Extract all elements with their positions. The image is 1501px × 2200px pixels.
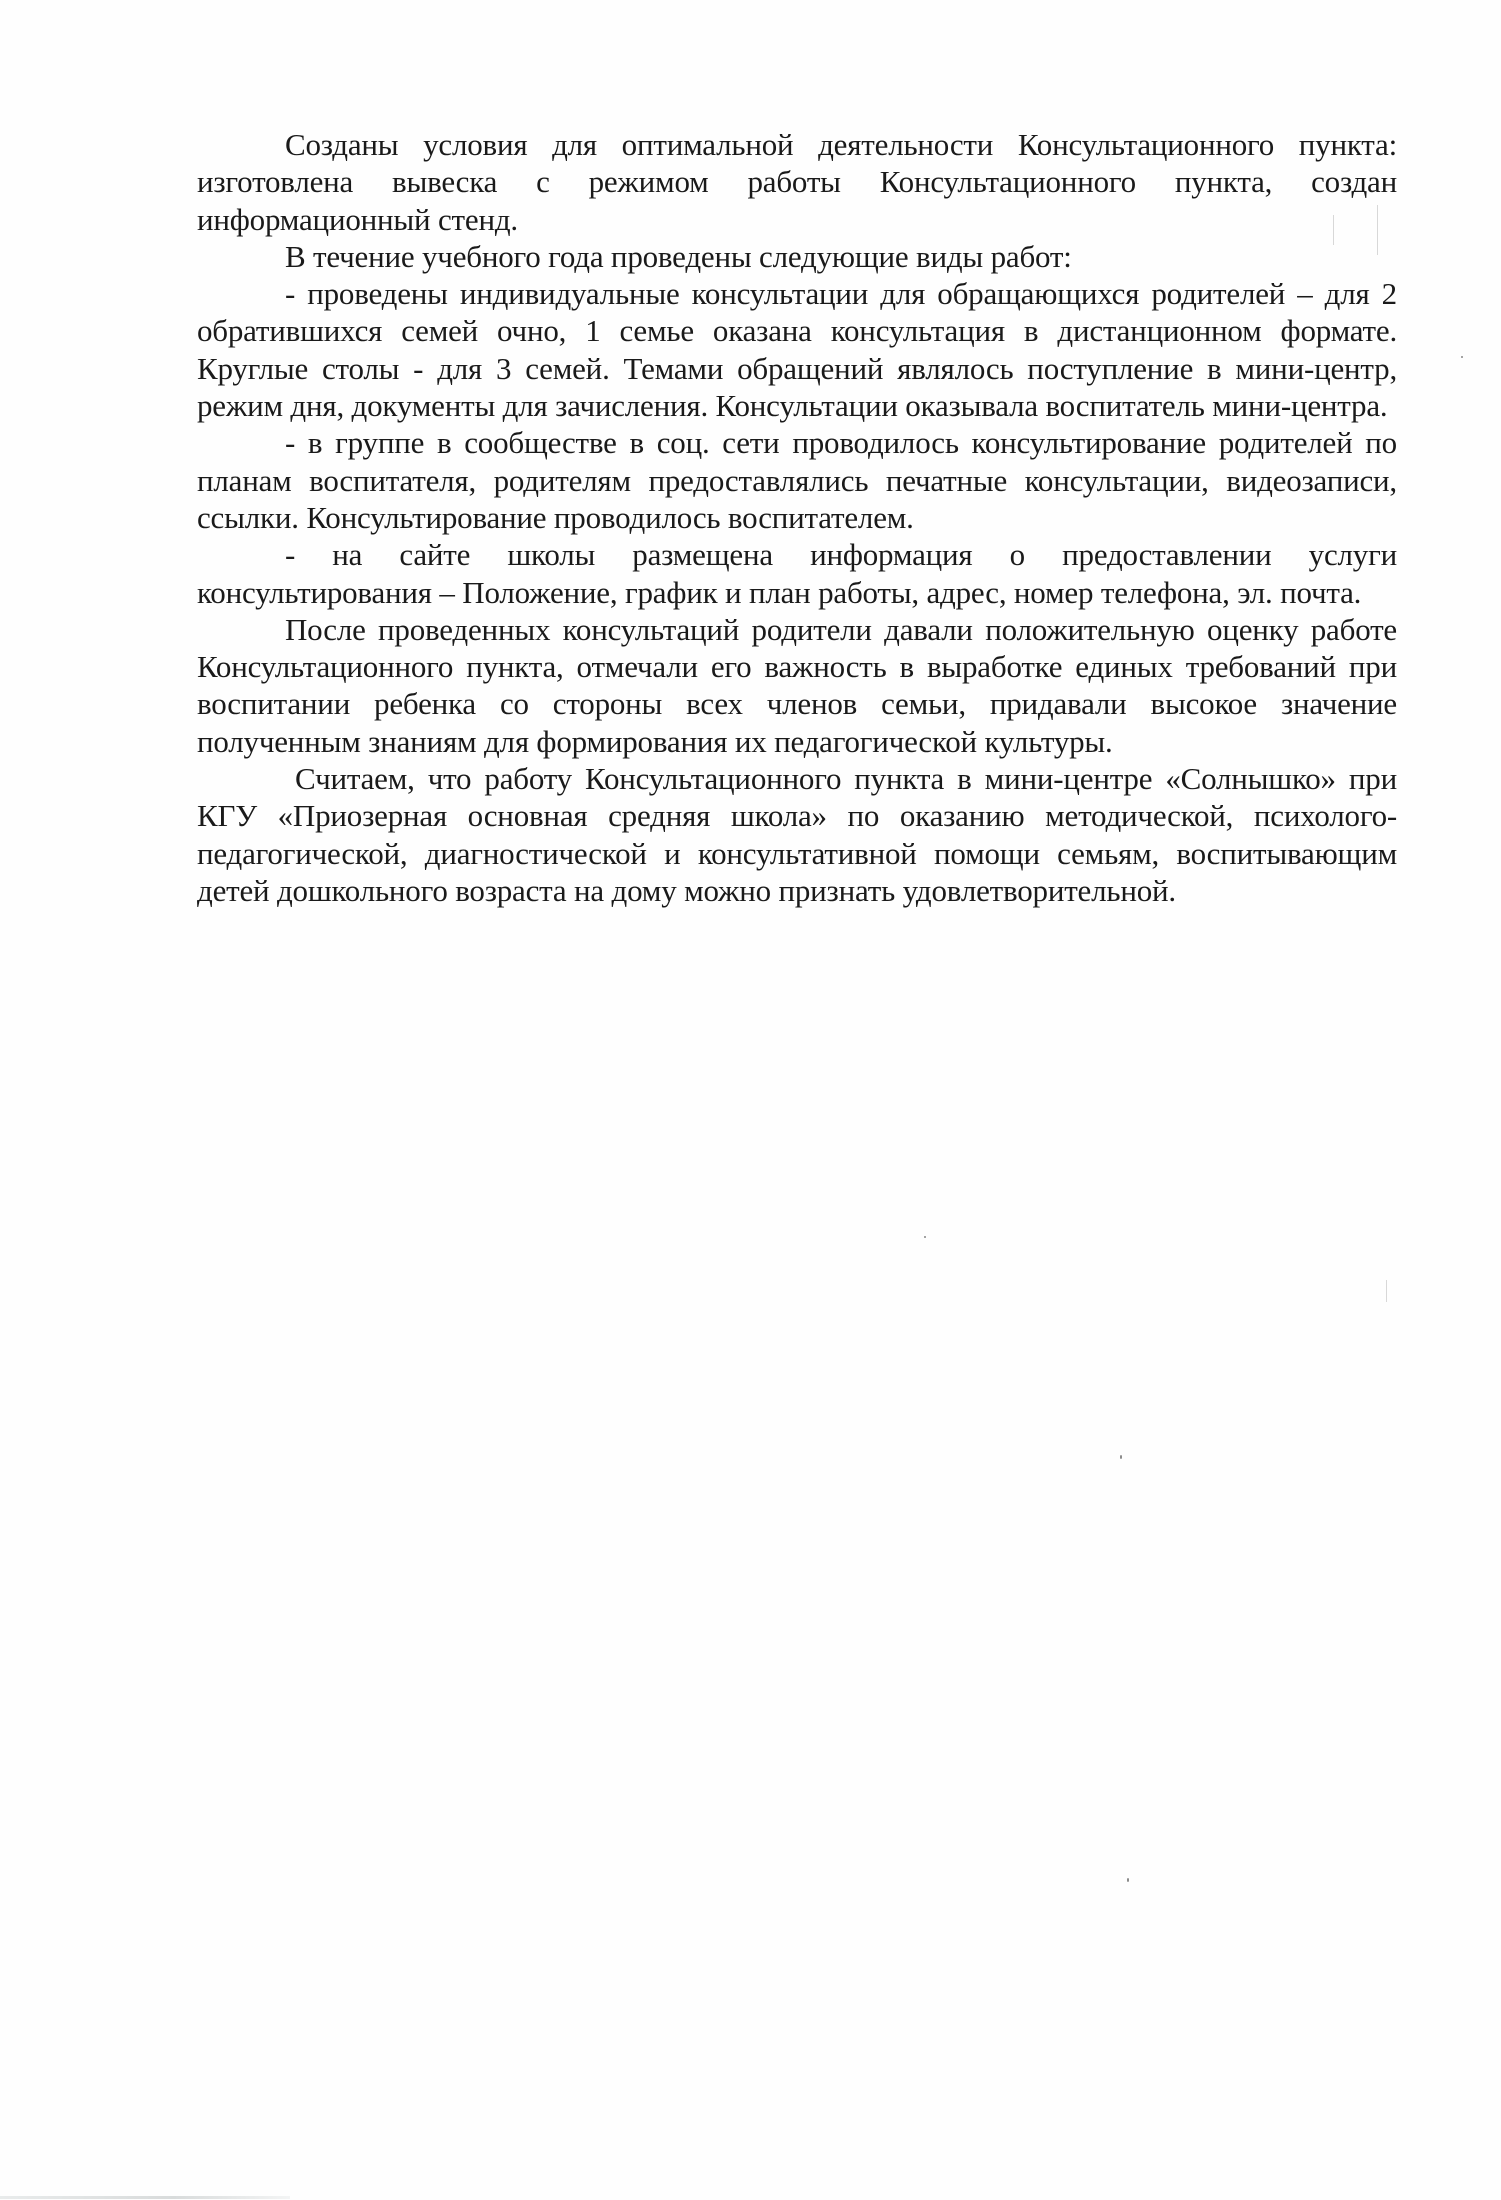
scan-artifact-line: [1386, 1280, 1387, 1302]
paragraph-conclusion: Считаем, что работу Консультационного пу…: [197, 760, 1397, 909]
paragraph-parents-feedback: После проведенных консультаций родители …: [197, 611, 1397, 760]
scan-artifact-line: [1377, 205, 1378, 255]
scan-artifact-bottom-edge: [0, 2196, 290, 2199]
paragraph-conditions: Созданы условия для оптимальной деятельн…: [197, 126, 1397, 238]
paragraph-individual-consultations: - проведены индивидуальные консультации …: [197, 275, 1397, 424]
paragraph-social-network-consultations: - в группе в сообществе в соц. сети пров…: [197, 424, 1397, 536]
scan-artifact-line: [1333, 215, 1334, 245]
scan-artifact-dot: [1120, 1455, 1122, 1459]
document-body: Созданы условия для оптимальной деятельн…: [197, 126, 1397, 909]
paragraph-school-website: - на сайте школы размещена информация о …: [197, 536, 1397, 611]
scan-artifact-dot: [924, 1236, 926, 1238]
scan-artifact-dot: [1127, 1878, 1129, 1882]
scan-artifact-dot: [1461, 356, 1463, 358]
scanned-page: Созданы условия для оптимальной деятельн…: [0, 0, 1501, 2200]
paragraph-work-types-intro: В течение учебного года проведены следую…: [197, 238, 1397, 275]
